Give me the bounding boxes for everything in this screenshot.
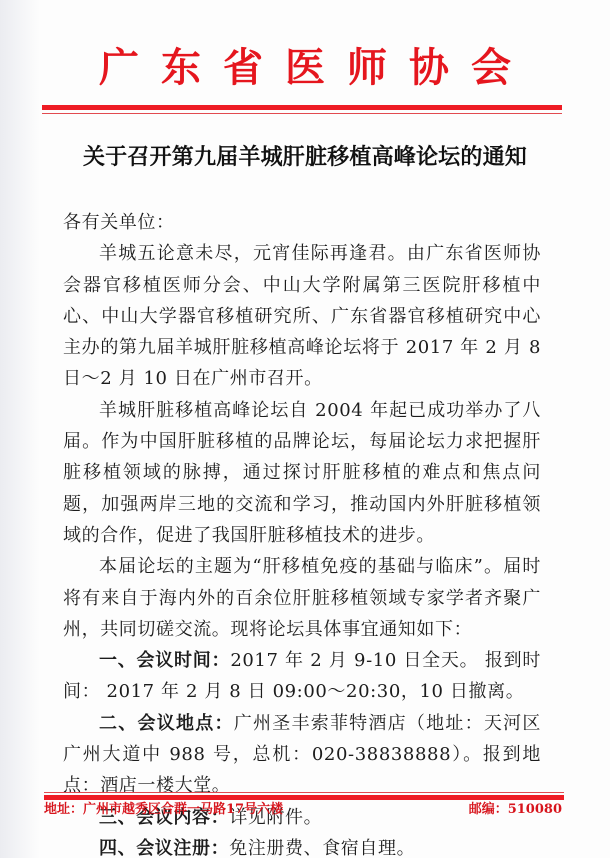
footer-rule-thick	[44, 795, 564, 800]
item-meeting-registration: 四、会议注册：免注册费、食宿自理。	[63, 833, 541, 858]
letterhead-rule-thin	[42, 113, 562, 114]
paragraph-theme: 本届论坛的主题为“肝移植免疫的基础与临床”。届时将有来自于海内外的百余位肝脏移植…	[63, 551, 541, 645]
document-body: 各有关单位： 羊城五论意未尽，元宵佳际再逢君。由广东省医师协会器官移植医师分会、…	[63, 207, 541, 858]
item-label: 四、会议注册：	[99, 838, 229, 858]
item-meeting-time: 一、会议时间：2017 年 2 月 9-10 日全天。 报到时间： 2017 年…	[63, 645, 541, 708]
paragraph-history: 羊城肝脏移植高峰论坛自 2004 年起已成功举办了八届。作为中国肝脏移植的品牌论…	[63, 395, 541, 551]
footer-address: 地址：广州市越秀区合群一马路17号六楼	[44, 802, 283, 818]
item-text: 免注册费、食宿自理。	[229, 838, 415, 858]
letterhead-rule-thick	[42, 105, 562, 110]
scan-shadow	[0, 0, 40, 858]
salutation: 各有关单位：	[63, 207, 541, 238]
document-title: 关于召开第九届羊城肝脏移植高峰论坛的通知	[0, 144, 610, 172]
footer-postcode: 邮编：510080	[469, 802, 562, 818]
footer-rule-thin	[44, 792, 564, 793]
letterhead-organization-name: 广东省医师协会	[0, 44, 610, 92]
item-meeting-venue: 二、会议地点：广州圣丰索菲特酒店（地址：天河区广州大道中 988 号，总机：02…	[63, 708, 541, 802]
paragraph-intro: 羊城五论意未尽，元宵佳际再逢君。由广东省医师协会器官移植医师分会、中山大学附属第…	[63, 238, 541, 394]
item-label: 一、会议时间：	[99, 650, 230, 671]
item-label: 二、会议地点：	[99, 713, 234, 734]
